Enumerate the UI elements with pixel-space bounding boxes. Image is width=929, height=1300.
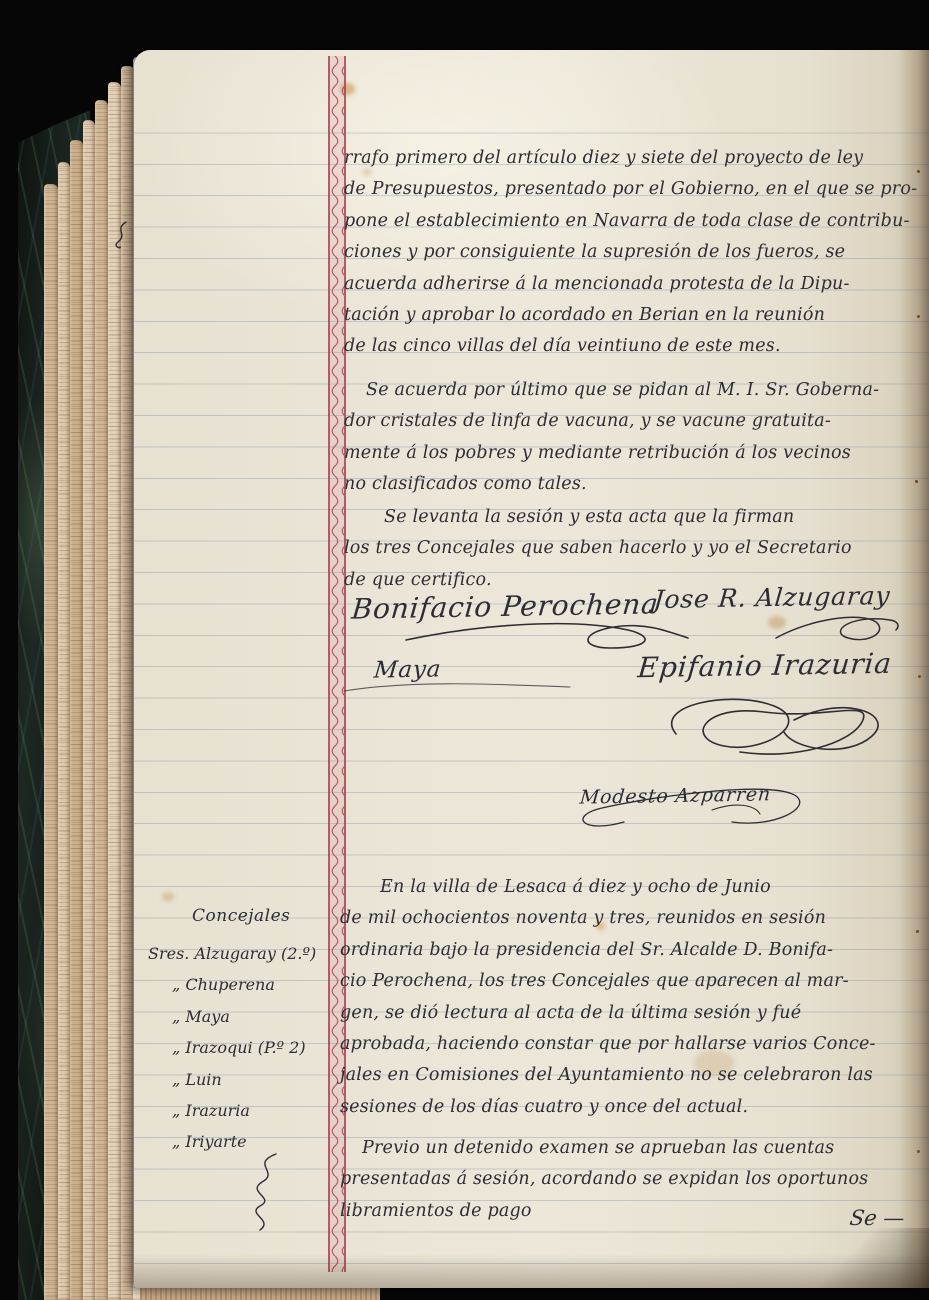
page-edge — [70, 140, 83, 1300]
text-line: tación y aprobar lo acordado en Berian e… — [344, 300, 922, 331]
margin-note-item: „ Maya — [148, 1001, 326, 1032]
paragraph-presupuestos: rrafo primero del artículo diez y siete … — [344, 143, 922, 363]
page-edge — [83, 120, 95, 1300]
signature-irazuria-rubric — [642, 688, 904, 774]
text-line: En la villa de Lesaca á diez y ocho de J… — [340, 872, 922, 903]
signature-concejal-irazuria: Epifanio Irazuria — [636, 647, 893, 684]
text-line: gen, se dió lectura al acta de la última… — [340, 998, 922, 1029]
text-line: de mil ochocientos noventa y tres, reuni… — [340, 903, 922, 934]
margin-note-item: „ Irazoqui (P.º 2) — [148, 1032, 326, 1063]
stain — [162, 892, 174, 901]
margin-note-item: Sres. Alzugaray (2.º) — [148, 938, 326, 969]
paragraph-vacuna: Se acuerda por último que se pidan al M.… — [344, 375, 922, 501]
text-line: libramientos de pago — [340, 1196, 922, 1227]
text-line: rrafo primero del artículo diez y siete … — [344, 143, 922, 174]
margin-rubric — [234, 1150, 294, 1236]
text-line: ordinaria bajo la presidencia del Sr. Al… — [340, 935, 922, 966]
signature-alcalde-rubric — [402, 616, 694, 654]
margin-note-item: „ Chuperena — [148, 969, 326, 1000]
text-line: aprobada, haciendo constar que por halla… — [340, 1029, 922, 1060]
page-stack-bottom — [140, 1286, 380, 1300]
text-line: no clasificados como tales. — [344, 469, 922, 500]
margin-notes-title: Concejales — [192, 906, 290, 926]
text-line: los tres Concejales que saben hacerlo y … — [344, 533, 922, 564]
signature-alzugaray-rubric — [770, 608, 904, 650]
text-line: pone el establecimiento en Navarra de to… — [344, 206, 922, 237]
paragraph-apertura: En la villa de Lesaca á diez y ocho de J… — [340, 872, 922, 1123]
text-line: Se levanta la sesión y esta acta que la … — [344, 502, 922, 533]
text-line: acuerda adherirse á la mencionada protes… — [344, 269, 922, 300]
text-line: ciones y por consiguiente la supresión d… — [344, 237, 922, 268]
text-line: jales en Comisiones del Ayuntamiento no … — [340, 1060, 922, 1091]
catchword: Se — — [848, 1206, 906, 1230]
text-line: cio Perochena, los tres Concejales que a… — [340, 966, 922, 997]
text-line: mente á los pobres y mediante retribució… — [344, 438, 922, 469]
page-corner-shadow — [779, 1228, 929, 1288]
text-line: Se acuerda por último que se pidan al M.… — [344, 375, 922, 406]
margin-note-item: „ Irazuria — [148, 1095, 326, 1126]
signature-secretario-rubric — [562, 774, 816, 836]
stray-ink-mark — [106, 220, 136, 250]
gutter-shadow — [899, 50, 929, 1288]
page-edge — [95, 100, 108, 1300]
signature-maya-rubric — [342, 678, 574, 694]
margin-notes: Sres. Alzugaray (2.º) „ Chuperena „ Maya… — [148, 938, 326, 1158]
text-line: dor cristales de linfa de vacuna, y se v… — [344, 406, 922, 437]
paragraph-cuentas: Previo un detenido examen se aprueban la… — [340, 1133, 922, 1227]
page-edge — [58, 162, 70, 1300]
text-line: Previo un detenido examen se aprueban la… — [340, 1133, 922, 1164]
page-edge — [44, 184, 58, 1300]
photo-canvas: rrafo primero del artículo diez y siete … — [0, 0, 929, 1300]
page-edge — [108, 82, 121, 1300]
text-line: de las cinco villas del día veintiuno de… — [344, 331, 922, 362]
margin-note-item: „ Luin — [148, 1064, 326, 1095]
text-line: sesiones de los días cuatro y once del a… — [340, 1092, 922, 1123]
binding-specks — [917, 170, 920, 173]
manuscript-page: rrafo primero del artículo diez y siete … — [134, 50, 929, 1288]
text-line: presentadas á sesión, acordando se expid… — [340, 1164, 922, 1195]
text-line: de Presupuestos, presentado por el Gobie… — [344, 174, 922, 205]
